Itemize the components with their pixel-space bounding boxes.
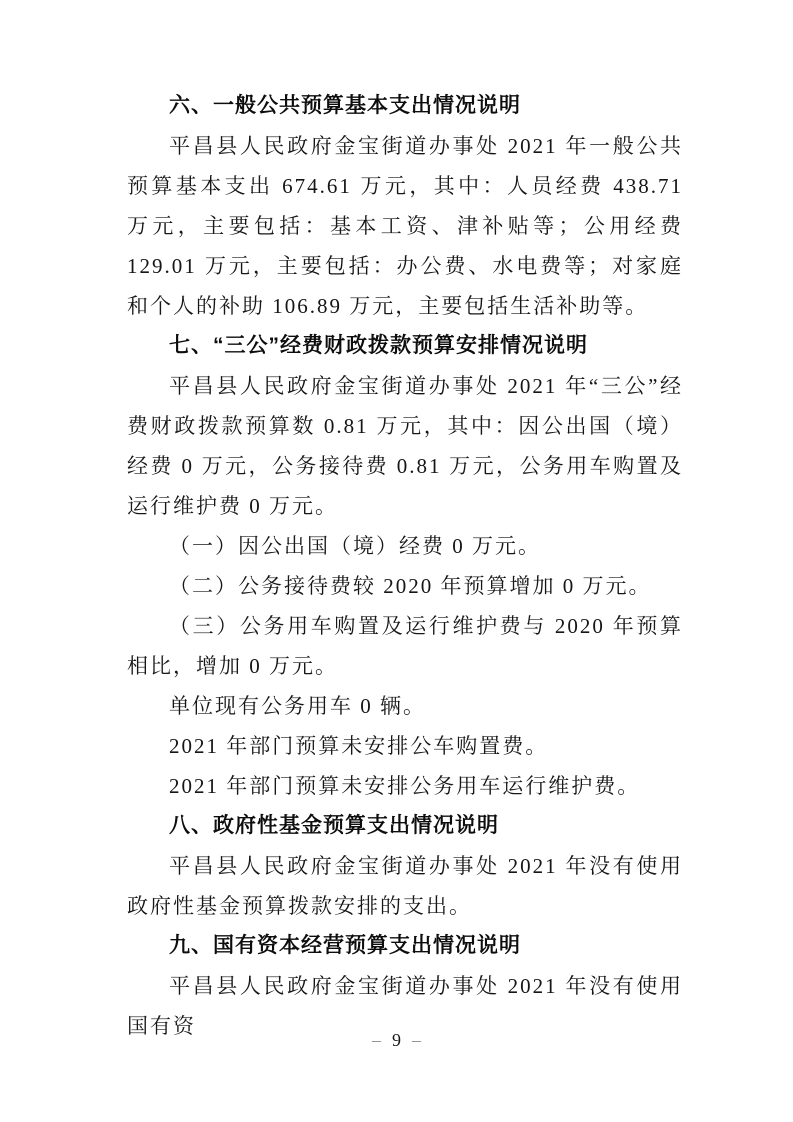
page-number: 9 — [392, 1030, 401, 1050]
para-section-7-no-maintenance: 2021 年部门预算未安排公务用车运行维护费。 — [127, 766, 683, 806]
para-section-7-item-3: （三）公务用车购置及运行维护费与 2020 年预算相比，增加 0 万元。 — [127, 606, 683, 686]
page-footer: –9– — [0, 1028, 793, 1052]
para-section-8-summary: 平昌县人民政府金宝街道办事处 2021 年没有使用政府性基金预算拨款安排的支出。 — [127, 846, 683, 926]
heading-section-8: 八、政府性基金预算支出情况说明 — [127, 806, 683, 846]
para-section-7-item-2: （二）公务接待费较 2020 年预算增加 0 万元。 — [127, 566, 683, 606]
para-section-7-summary: 平昌县人民政府金宝街道办事处 2021 年“三公”经费财政拨款预算数 0.81 … — [127, 366, 683, 526]
para-section-6-summary: 平昌县人民政府金宝街道办事处 2021 年一般公共预算基本支出 674.61 万… — [127, 126, 683, 326]
footer-dash-right: – — [401, 1030, 432, 1050]
heading-section-9: 九、国有资本经营预算支出情况说明 — [127, 926, 683, 966]
para-section-7-vehicle-count: 单位现有公务用车 0 辆。 — [127, 686, 683, 726]
footer-dash-left: – — [361, 1030, 392, 1050]
para-section-7-item-1: （一）因公出国（境）经费 0 万元。 — [127, 526, 683, 566]
para-section-7-no-purchase: 2021 年部门预算未安排公车购置费。 — [127, 726, 683, 766]
document-page: 六、一般公共预算基本支出情况说明 平昌县人民政府金宝街道办事处 2021 年一般… — [0, 0, 793, 1122]
document-body: 六、一般公共预算基本支出情况说明 平昌县人民政府金宝街道办事处 2021 年一般… — [127, 86, 683, 1046]
heading-section-7: 七、“三公”经费财政拨款预算安排情况说明 — [127, 326, 683, 366]
heading-section-6: 六、一般公共预算基本支出情况说明 — [127, 86, 683, 126]
